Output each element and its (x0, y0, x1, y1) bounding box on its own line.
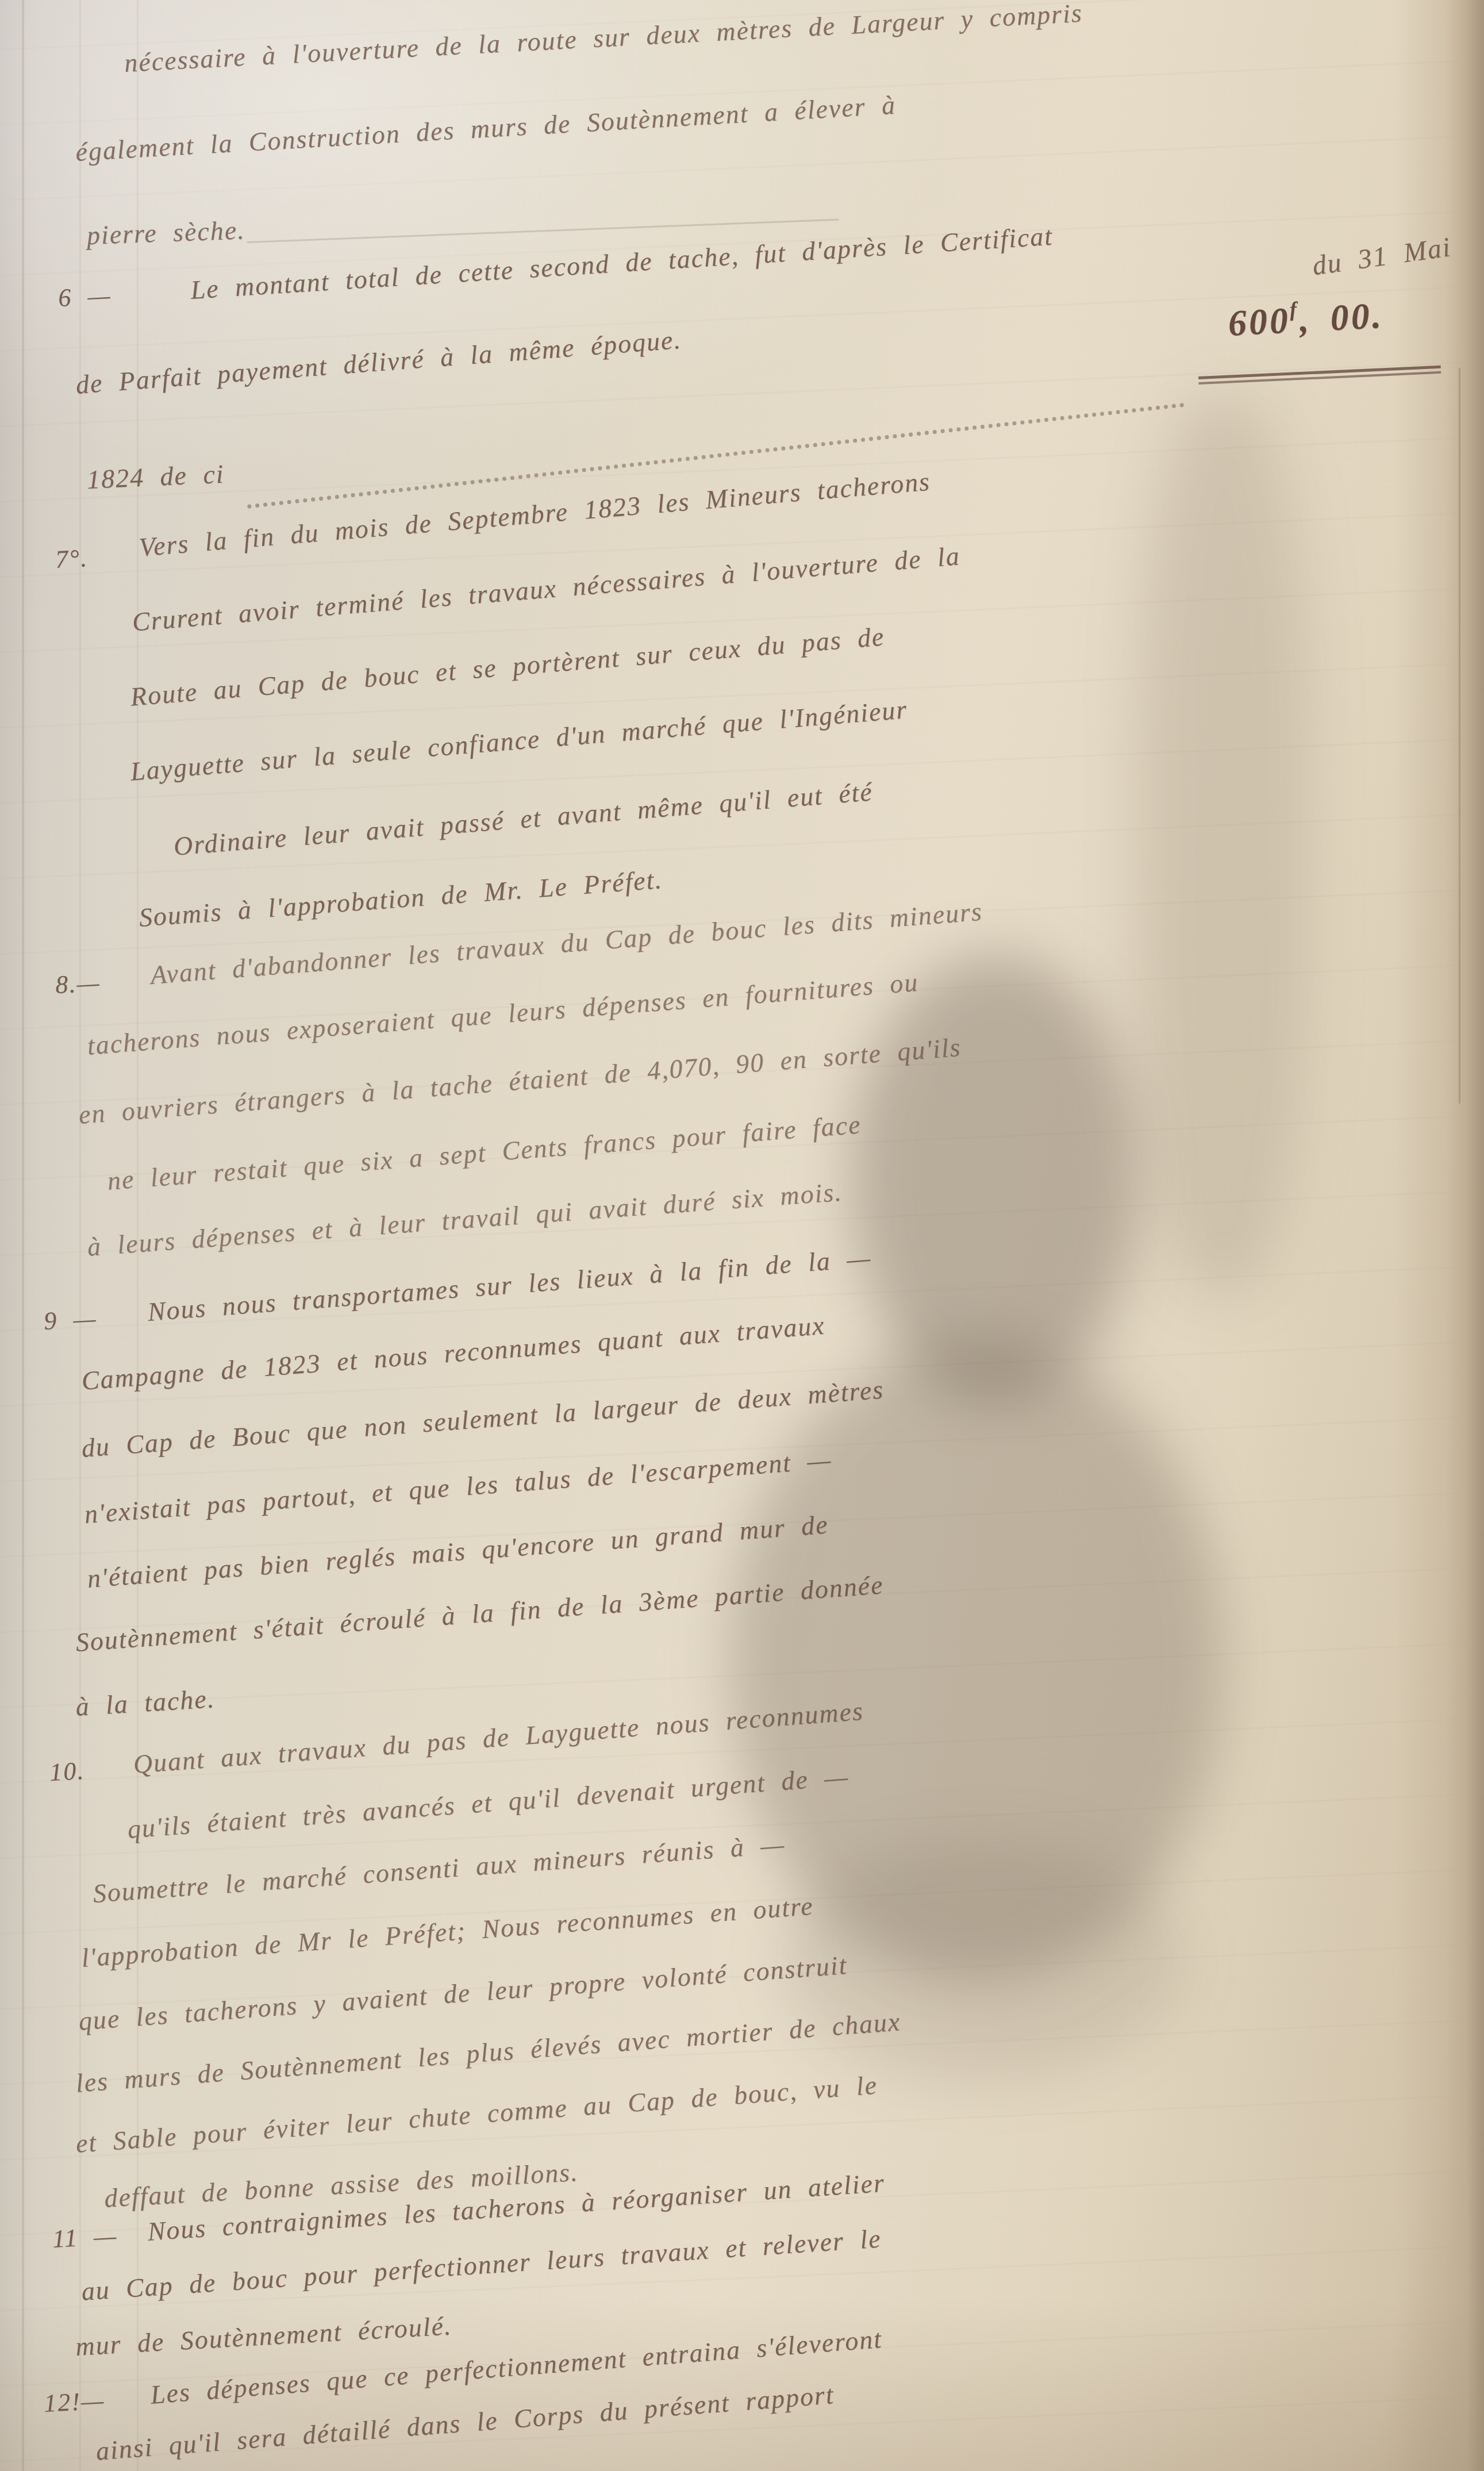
manuscript-line: à leurs dépenses et à leur travail qui a… (86, 1178, 843, 1262)
paragraph-number: 7°. (55, 544, 89, 574)
paragraph-number: 11 — (52, 2222, 118, 2253)
amount-francs: 600 (1227, 299, 1291, 344)
margin-date: du 31 Mai (1310, 232, 1453, 282)
manuscript-line: également la Construction des murs de So… (75, 91, 897, 167)
cast-shadow-band (1138, 397, 1310, 1293)
manuscript-line: Vers la fin du mois de Septembre 1823 le… (138, 467, 932, 562)
manuscript-line: Layguette sur la seule confiance d'un ma… (129, 695, 909, 786)
amount-double-underline (1198, 366, 1441, 386)
manuscript-line: pierre sèche. (86, 216, 245, 250)
manuscript-line: mur de Soutènnement écroulé. (75, 2311, 453, 2361)
manuscript-line: Le montant total de cette second de tach… (190, 222, 1054, 305)
manuscript-line: Soumis à l'approbation de Mr. Le Préfet. (138, 865, 663, 932)
manuscript-line: Campagne de 1823 et nous reconnumes quan… (80, 1311, 826, 1396)
amount-centimes: , 00. (1298, 295, 1385, 340)
manuscript-line: Ordinaire leur avait passé et avant même… (172, 777, 874, 861)
cast-shadow-head (851, 954, 1138, 1402)
paragraph-number: 12!— (43, 2387, 105, 2418)
page-right-edge-line (1459, 368, 1460, 1104)
manuscript-line: Soumettre le marché consenti aux mineurs… (92, 1830, 786, 1909)
manuscript-line: 1824 de ci (86, 460, 225, 495)
paragraph-number: 10. (49, 1757, 85, 1787)
page-left-edge (22, 0, 24, 2471)
cast-shadow-fade (782, 1839, 1184, 2081)
manuscript-line: à la tache. (75, 1684, 216, 1721)
paragraph-number: 6 — (57, 282, 112, 312)
amount-total: 600f, 00. (1227, 294, 1384, 344)
manuscript-line: Crurent avoir terminé les travaux nécess… (131, 541, 961, 637)
paragraph-number: 9 — (43, 1305, 98, 1335)
manuscript-line: n'existait pas partout, et que les talus… (83, 1446, 833, 1530)
manuscript-line: nécessaire à l'ouverture de la route sur… (124, 0, 1083, 78)
manuscript-page: nécessaire à l'ouverture de la route sur… (0, 0, 1484, 2471)
manuscript-line: n'étaient pas bien reglés mais qu'encore… (86, 1510, 829, 1593)
paragraph-number: 8.— (55, 969, 101, 999)
manuscript-line: de Parfait payement délivré à la même ép… (75, 325, 682, 400)
manuscript-line: ne leur restait que six a sept Cents fra… (106, 1110, 862, 1196)
manuscript-line: Route au Cap de bouc et se portèrent sur… (129, 622, 886, 712)
